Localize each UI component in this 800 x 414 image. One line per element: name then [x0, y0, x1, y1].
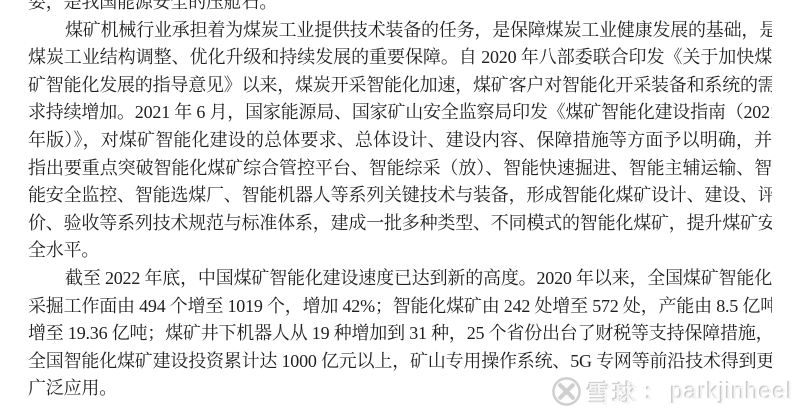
xueqiu-watermark: 雪球 ： parkjinheel: [551, 374, 793, 408]
text-line: 价、验收等系列技术规范与标准体系，建成一批多种类型、不同模式的智能化煤矿，提升煤…: [28, 210, 772, 238]
article-text-block: 要，是我国能源安全的压舱石。 煤矿机械行业承担着为煤炭工业提供技术装备的任务，是…: [28, 0, 772, 403]
text-line: 煤炭工业结构调整、优化升级和持续发展的重要保障。自 2020 年八部委联合印发《…: [28, 44, 772, 72]
text-line: 指出要重点突破智能化煤矿综合管控平台、智能综采（放）、智能快速掘进、智能主辅运输…: [28, 155, 772, 183]
clipped-paragraph: 要，是我国能源安全的压舱石。: [28, 0, 772, 17]
text-line: 求持续增加。2021 年 6 月，国家能源局、国家矿山安全监察局印发《煤矿智能化…: [28, 99, 772, 127]
text-line: 增至 19.36 亿吨；煤矿井下机器人从 19 种增加到 31 种，25 个省份…: [28, 320, 772, 348]
text-line: 全国智能化煤矿建设投资累计达 1000 亿元以上，矿山专用操作系统、5G 专网等…: [28, 348, 772, 376]
text-line: 煤矿机械行业承担着为煤炭工业提供技术装备的任务，是保障煤炭工业健康发展的基础，是: [28, 17, 772, 45]
text-line: 矿智能化发展的指导意见》以来，煤炭开采智能化加速，煤矿客户对智能化开采装备和系统…: [28, 72, 772, 100]
text-line: 截至 2022 年底，中国煤矿智能化建设速度已达到新的高度。2020 年以来，全…: [28, 265, 772, 293]
text-line: 能安全监控、智能选煤厂、智能机器人等系列关键技术与装备，形成智能化煤矿设计、建设…: [28, 182, 772, 210]
text-line: 全水平。: [28, 237, 772, 265]
text-line: 采掘工作面由 494 个增至 1019 个，增加 42%；智能化煤矿由 242 …: [28, 293, 772, 321]
xueqiu-snowball-icon: [551, 376, 582, 407]
paragraph-1: 煤矿机械行业承担着为煤炭工业提供技术装备的任务，是保障煤炭工业健康发展的基础，是…: [28, 17, 772, 265]
watermark-brand-label: 雪球: [587, 374, 639, 409]
text-line: 要，是我国能源安全的压舱石。: [28, 0, 772, 17]
watermark-username: parkjinheel: [671, 378, 793, 405]
watermark-colon: ：: [644, 376, 666, 407]
text-line: 年版）》，对煤矿智能化建设的总体要求、总体设计、建设内容、保障措施等方面予以明确…: [28, 127, 772, 155]
